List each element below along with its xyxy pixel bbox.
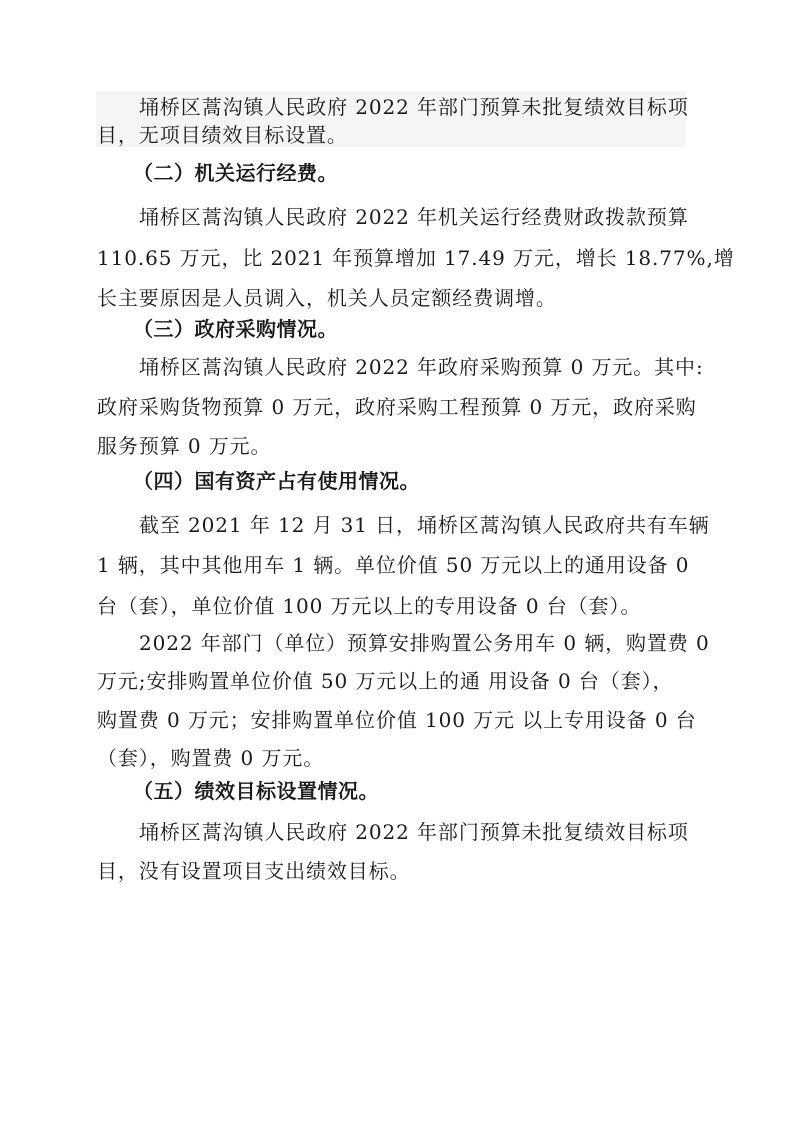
document-page: 埇桥区蒿沟镇人民政府 2022 年部门预算未批复绩效目标项 目，无项目绩效目标设…: [0, 0, 793, 1122]
paragraph-line: 埇桥区蒿沟镇人民政府 2022 年机关运行经费财政拨款预算: [139, 204, 739, 230]
section-heading-5: （五）绩效目标设置情况。: [133, 778, 733, 804]
paragraph-line: 目，没有设置项目支出绩效目标。: [97, 858, 697, 884]
paragraph-line: 目，无项目绩效目标设置。: [97, 122, 697, 148]
section-heading-4: （四）国有资产占有使用情况。: [133, 468, 733, 494]
section-heading-2: （二）机关运行经费。: [133, 160, 733, 186]
paragraph-line: 政府采购货物预算 0 万元，政府采购工程预算 0 万元，政府采购: [97, 394, 697, 420]
paragraph-line: 埇桥区蒿沟镇人民政府 2022 年政府采购预算 0 万元。其中:: [139, 354, 739, 380]
paragraph-line: （套），购置费 0 万元。: [97, 745, 697, 771]
section-heading-3: （三）政府采购情况。: [133, 316, 733, 342]
paragraph-line: 截至 2021 年 12 月 31 日，埇桥区蒿沟镇人民政府共有车辆: [139, 512, 739, 538]
paragraph-line: 购置费 0 万元；安排购置单位价值 100 万元 以上专用设备 0 台: [97, 707, 697, 733]
paragraph-line: 万元;安排购置单位价值 50 万元以上的通 用设备 0 台（套），: [97, 668, 697, 694]
paragraph-line: 2022 年部门（单位）预算安排购置公务用车 0 辆，购置费 0: [139, 630, 739, 656]
paragraph-line: 埇桥区蒿沟镇人民政府 2022 年部门预算未批复绩效目标项: [139, 819, 739, 845]
paragraph-line: 1 辆，其中其他用车 1 辆。单位价值 50 万元以上的通用设备 0: [97, 552, 697, 578]
paragraph-line: 台（套），单位价值 100 万元以上的专用设备 0 台（套）。: [97, 593, 697, 619]
paragraph-line: 埇桥区蒿沟镇人民政府 2022 年部门预算未批复绩效目标项: [139, 94, 739, 120]
paragraph-line: 110.65 万元，比 2021 年预算增加 17.49 万元，增长 18.77…: [97, 245, 697, 271]
paragraph-line: 长主要原因是人员调入，机关人员定额经费调增。: [97, 285, 697, 311]
paragraph-line: 服务预算 0 万元。: [97, 433, 697, 459]
